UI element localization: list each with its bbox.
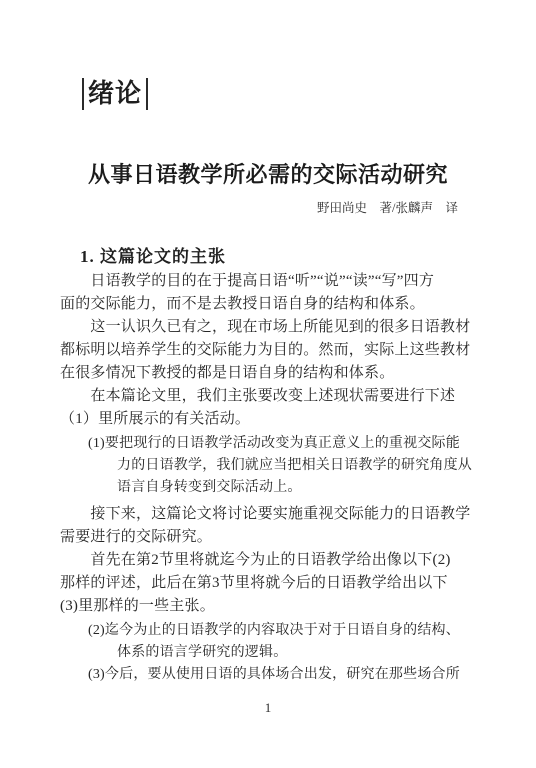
paragraph-4: 接下来，这篇论文将讨论要实施重视交际能力的日语教学 需要进行的交际研究。: [60, 503, 476, 549]
chapter-label: 绪论: [88, 78, 142, 110]
chapter-right-rule: [146, 78, 148, 110]
paragraph-3: 在本篇论文里，我们主张要改变上述现状需要进行下述 （1）里所展示的有关活动。: [60, 385, 476, 431]
chapter-left-rule: [82, 78, 84, 110]
paragraph-1: 日语教学的目的在于提高日语“听”“说”“读”“写”四方 面的交际能力，而不是去教…: [60, 270, 476, 316]
paragraph-5: 首先在第2节里将就迄今为止的日语教学给出像以下(2) 那样的评述，此后在第3节里…: [60, 549, 476, 618]
chapter-label-group: 绪论: [82, 0, 536, 110]
article-title: 从事日语教学所必需的交际活动研究: [0, 161, 536, 188]
paragraph-2: 这一认识久已有之，现在市场上所能见到的很多日语教材 都标明以培养学生的交际能力为…: [60, 316, 476, 385]
page-number: 1: [0, 700, 536, 715]
numbered-point-1: (1)要把现行的日语教学活动改变为真正意义上的重视交际能 力的日语教学，我们就应…: [60, 433, 476, 499]
numbered-point-2: (2)迄今为止的日语教学的内容取决于对于日语自身的结构、 体系的语言学研究的逻辑…: [60, 620, 476, 664]
article-body: 1. 这篇论文的主张 日语教学的目的在于提高日语“听”“说”“读”“写”四方 面…: [60, 245, 476, 686]
section-heading: 1. 这篇论文的主张: [80, 245, 476, 268]
book-page: 绪论 从事日语教学所必需的交际活动研究 野田尚史 著/张麟声 译 1. 这篇论文…: [0, 0, 536, 768]
byline: 野田尚史 著/张麟声 译: [0, 201, 536, 215]
numbered-point-3: (3)今后，要从使用日语的具体场合出发，研究在那些场合所: [60, 664, 476, 686]
